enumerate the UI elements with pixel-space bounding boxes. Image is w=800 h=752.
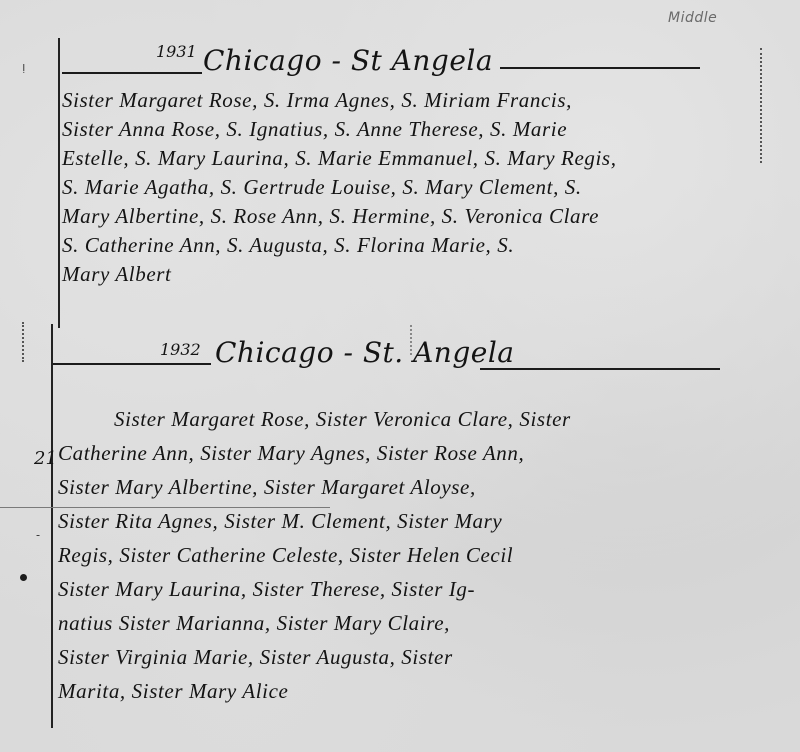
entry-line: Sister Mary Laurina, Sister Therese, Sis… (58, 572, 778, 606)
sister-name: Mary Albertine, (62, 204, 205, 228)
sister-name: S. Florina Marie, (334, 233, 491, 257)
sister-name: Sister Helen Cecil (350, 543, 514, 567)
sister-name: Marita, (58, 679, 126, 703)
section-year-1932: 1932 (160, 340, 201, 359)
heading-rule-right-1931 (500, 67, 700, 69)
sister-name: Sister (401, 645, 452, 669)
sister-name: S. Augusta, (227, 233, 328, 257)
heading-rule-right-1932 (480, 368, 720, 370)
sister-name: Sister Mary Agnes, (200, 441, 371, 465)
sister-name: Regis, (58, 543, 114, 567)
entries-1932: Sister Margaret Rose, Sister Veronica Cl… (58, 402, 778, 708)
heading-rule-left-1931 (62, 72, 202, 74)
sister-name: S. Irma Agnes, (264, 88, 396, 112)
margin-dot (20, 574, 27, 581)
sister-name: Sister Mary Laurina, (58, 577, 247, 601)
section-heading-1931: Chicago - St Angela (203, 44, 493, 77)
entry-line: Sister Mary Albertine, Sister Margaret A… (58, 470, 778, 504)
sister-name: S. Ignatius, (226, 117, 328, 141)
sister-name: Sister Mary (397, 509, 502, 533)
sister-name: Catherine Ann, (58, 441, 194, 465)
sister-name: S. (497, 233, 514, 257)
sister-name: S. Gertrude Louise, (221, 175, 397, 199)
entry-line: Sister Margaret Rose, Sister Veronica Cl… (58, 402, 778, 436)
sister-name: S. Marie (490, 117, 567, 141)
line-number: 21 (34, 448, 57, 469)
sister-name: Sister M. Clement, (224, 509, 391, 533)
sister-name: Estelle, (62, 146, 129, 170)
entry-line: Sister Margaret Rose, S. Irma Agnes, S. … (62, 86, 762, 115)
left-rule-1931 (58, 38, 60, 328)
sister-name: Sister Mary Alice (132, 679, 289, 703)
sister-name: Sister Augusta, (260, 645, 396, 669)
entry-line: S. Catherine Ann, S. Augusta, S. Florina… (62, 231, 762, 260)
entry-line: Sister Rita Agnes, Sister M. Clement, Si… (58, 504, 778, 538)
sister-name: S. Marie Agatha, (62, 175, 215, 199)
sister-name: Sister Ig- (392, 577, 476, 601)
sister-name: S. Mary Clement, (402, 175, 559, 199)
margin-mark: - (36, 528, 40, 542)
sister-name: Sister Margaret Rose, (62, 88, 258, 112)
entry-line: Sister Anna Rose, S. Ignatius, S. Anne T… (62, 115, 762, 144)
sister-name: Mary Albert (62, 262, 171, 286)
entry-line: Catherine Ann, Sister Mary Agnes, Sister… (58, 436, 778, 470)
sister-name: S. Miriam Francis, (401, 88, 572, 112)
entry-line: Mary Albertine, S. Rose Ann, S. Hermine,… (62, 202, 762, 231)
sister-name: Sister Mary Claire, (277, 611, 450, 635)
scanned-register-page: Middle ǃ 1931 Chicago - St Angela Sister… (0, 0, 800, 752)
margin-mark: ǃ (22, 62, 26, 76)
sister-name: S. Mary Laurina, (135, 146, 289, 170)
left-rule-1932 (51, 324, 53, 728)
entries-1931: Sister Margaret Rose, S. Irma Agnes, S. … (62, 86, 762, 289)
sister-name: S. Catherine Ann, (62, 233, 221, 257)
sister-name: S. (565, 175, 582, 199)
sister-name: S. Marie Emmanuel, (295, 146, 478, 170)
margin-marks-1932 (22, 322, 26, 362)
sister-name: Sister Catherine Celeste, (119, 543, 343, 567)
sister-name: Sister Marianna, (119, 611, 271, 635)
sister-name: S. Anne Therese, (335, 117, 485, 141)
entry-line: S. Marie Agatha, S. Gertrude Louise, S. … (62, 173, 762, 202)
sister-name: Sister Veronica Clare, (316, 407, 514, 431)
sister-name: Sister Virginia Marie, (58, 645, 254, 669)
sister-name: S. Mary Regis, (485, 146, 617, 170)
sister-name: S. Veronica Clare (442, 204, 599, 228)
sister-name: S. Rose Ann, (211, 204, 324, 228)
entry-line: Sister Virginia Marie, Sister Augusta, S… (58, 640, 778, 674)
sister-name: Sister Margaret Rose, (114, 407, 310, 431)
sister-name: Sister Rita Agnes, (58, 509, 218, 533)
entry-line: natius Sister Marianna, Sister Mary Clai… (58, 606, 778, 640)
sister-name: Sister Anna Rose, (62, 117, 221, 141)
sister-name: Sister Therese, (253, 577, 386, 601)
sister-name: Sister Mary Albertine, (58, 475, 258, 499)
sister-name: Sister (519, 407, 570, 431)
sister-name: Sister Rose Ann, (377, 441, 524, 465)
sister-name: natius (58, 611, 113, 635)
entry-line: Regis, Sister Catherine Celeste, Sister … (58, 538, 778, 572)
entry-line: Mary Albert (62, 260, 762, 289)
entry-line: Marita, Sister Mary Alice (58, 674, 778, 708)
sister-name: Sister Margaret Aloyse, (264, 475, 476, 499)
section-heading-1932: Chicago - St. Angela (215, 336, 514, 369)
entry-line: Estelle, S. Mary Laurina, S. Marie Emman… (62, 144, 762, 173)
heading-rule-left-1932 (53, 363, 211, 365)
sister-name: S. Hermine, (329, 204, 435, 228)
margin-note: Middle (668, 10, 717, 26)
section-year-1931: 1931 (156, 42, 197, 61)
